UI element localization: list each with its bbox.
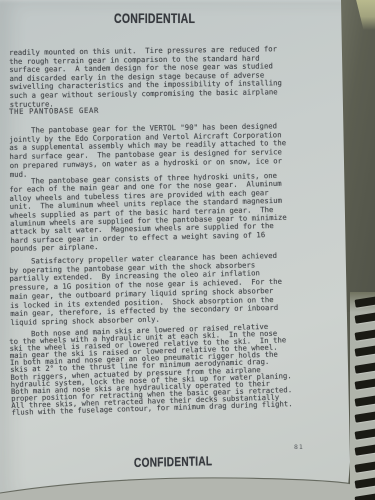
binding-tooth xyxy=(355,428,375,439)
binding-tooth xyxy=(355,329,375,340)
paragraph-ski-operation: Both nose and main skis are lowered or r… xyxy=(9,322,293,416)
document-photo: CONFIDENTIAL readily mounted on this uni… xyxy=(0,0,375,500)
paragraph-hydroski-units: The pantobase gear consists of three hyd… xyxy=(9,172,287,254)
binding-tooth xyxy=(355,312,375,323)
binding-tooth xyxy=(355,493,375,500)
binding-tooth xyxy=(355,362,375,373)
binding-tooth xyxy=(355,461,375,472)
document-page: CONFIDENTIAL readily mounted on this uni… xyxy=(0,0,375,500)
underlying-pages xyxy=(0,478,352,500)
binding-tooth xyxy=(355,345,375,356)
comb-binding xyxy=(350,292,375,500)
binding-tooth xyxy=(355,411,375,422)
section-heading: THE PANTOBASE GEAR xyxy=(9,106,99,116)
binding-tooth xyxy=(355,444,375,455)
paragraph-water-clearance: Satisfactory propeller water clearance h… xyxy=(9,252,283,328)
binding-tooth xyxy=(355,378,375,389)
confidential-stamp-top: CONFIDENTIAL xyxy=(114,11,195,26)
binding-tooth xyxy=(355,477,375,488)
binding-tooth xyxy=(355,296,375,307)
page-bottom-edge xyxy=(0,460,375,500)
binding-tooth xyxy=(355,395,375,406)
page-number: 81 xyxy=(294,443,304,451)
paragraph-tire-pressures: readily mounted on this unit. Tire press… xyxy=(9,45,282,109)
